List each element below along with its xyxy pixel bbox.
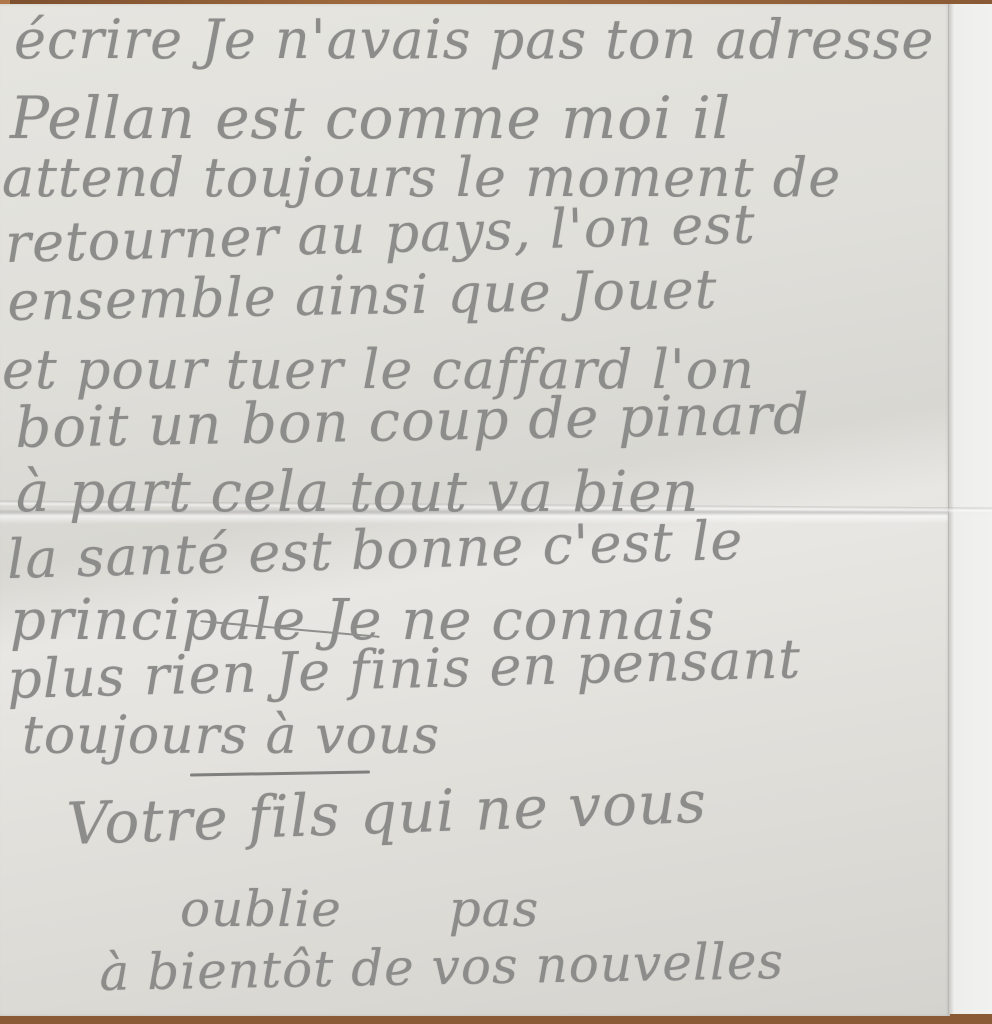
closing-line: à bientôt de vos nouvelles bbox=[99, 932, 785, 1002]
handwritten-letter: écrire Je n'avais pas ton adresse Pellan… bbox=[0, 0, 950, 1024]
closing-line: oublie pas bbox=[180, 880, 539, 938]
letter-line: écrire Je n'avais pas ton adresse bbox=[14, 8, 934, 71]
letter-line: Pellan est comme moi il bbox=[10, 84, 731, 152]
letter-line: boit un bon coup de pinard bbox=[15, 382, 811, 461]
letter-line: toujours à vous bbox=[22, 706, 440, 766]
closing-line: Votre fils qui ne vous bbox=[66, 768, 708, 858]
letter-line: ensemble ainsi que Jouet bbox=[7, 258, 718, 333]
signature-flourish bbox=[190, 770, 370, 776]
